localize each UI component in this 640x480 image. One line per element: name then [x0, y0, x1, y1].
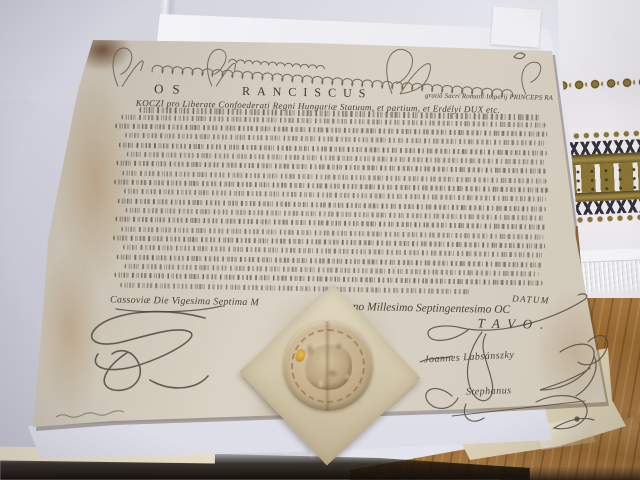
heading-caps: RANCISCUS [242, 84, 373, 101]
heading-caps: OS [154, 81, 189, 98]
dateline-place: Cassoviæ Die Vigesima Septima M [110, 294, 259, 308]
photo-scene: OS RANCISCUS gratiâ Sacri Romani Imperij… [0, 0, 640, 480]
heading-title-right: gratiâ Sacri Romani Imperij PRINCEPS RA [425, 92, 553, 101]
signature-second: Stephanus [466, 385, 512, 398]
handwriting-line [120, 283, 470, 295]
dateline-year: Anno Millesimo Septingentesimo OC [340, 301, 510, 316]
datum-label: DATUM [512, 293, 550, 305]
white-card [491, 6, 542, 47]
dateline-year-end: TAVO. [477, 315, 551, 332]
table-shadow [500, 466, 640, 480]
wax-seal-relief [283, 321, 373, 411]
